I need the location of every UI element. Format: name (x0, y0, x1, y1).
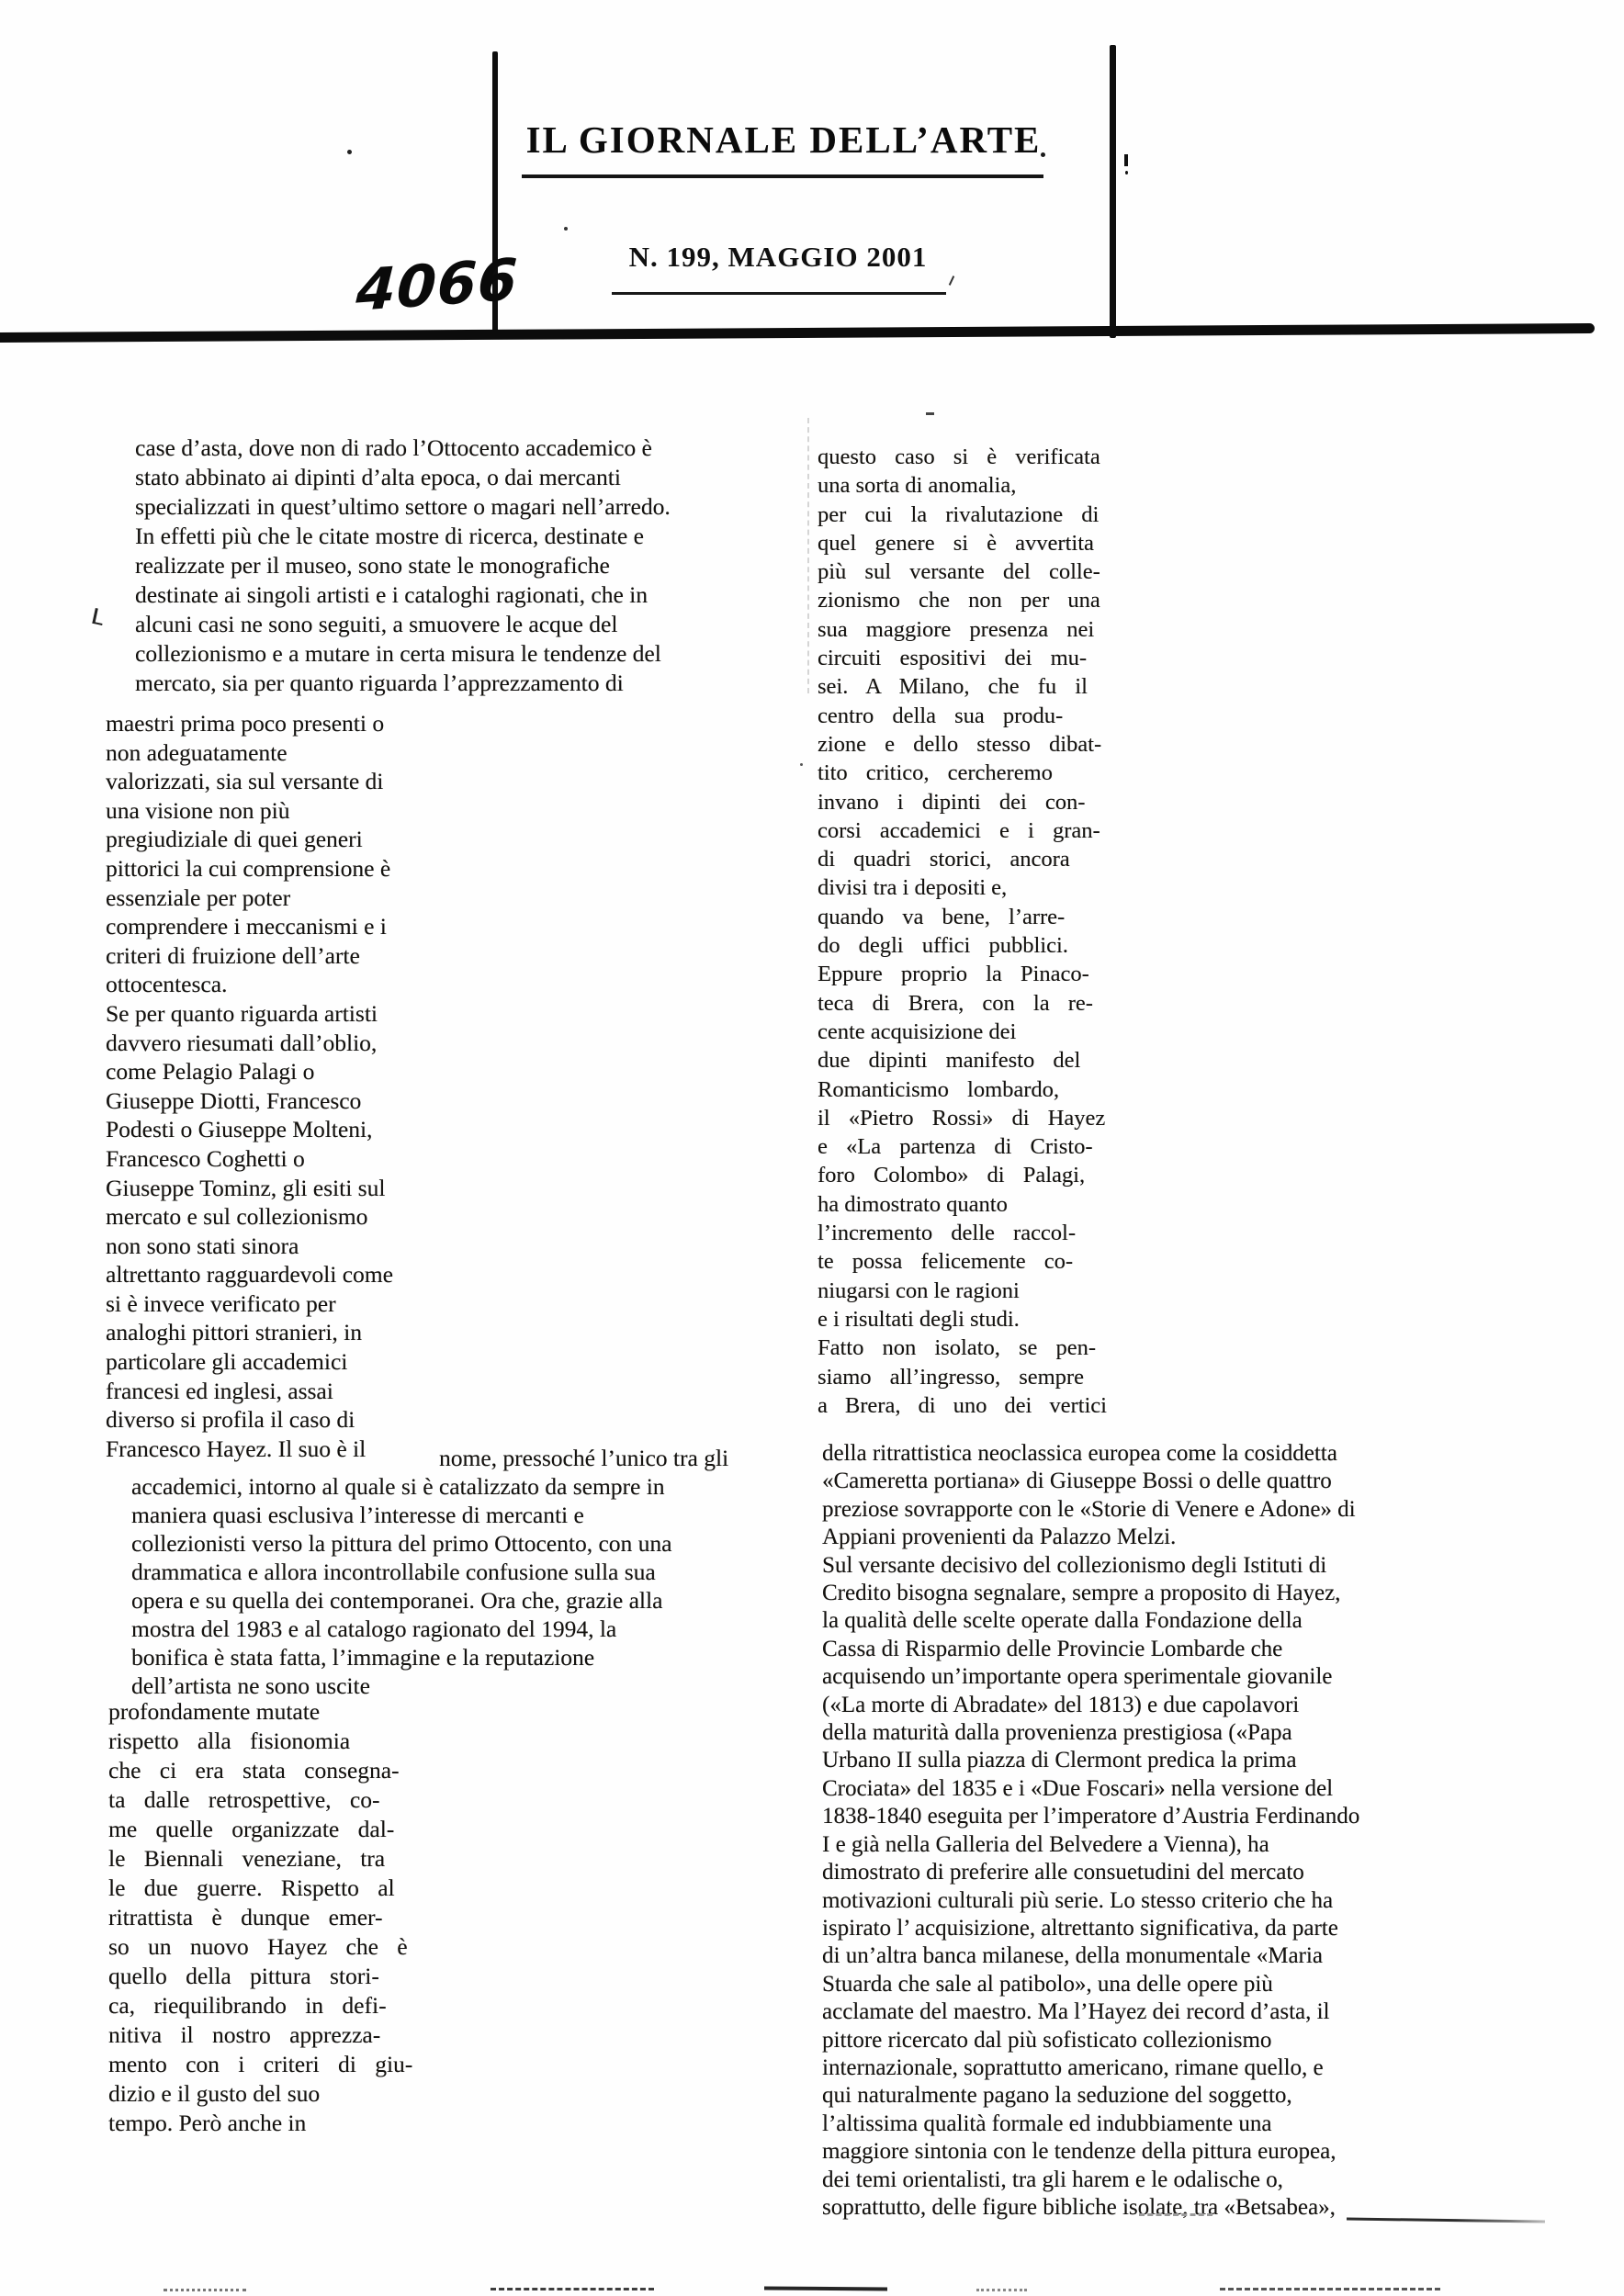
text-line: acquisendo un’importante opera speriment… (822, 1663, 1485, 1691)
scan-speck (347, 150, 352, 154)
text-line: dimostrato di preferire alle consuetudin… (822, 1859, 1485, 1886)
text-line: mostra del 1983 e al catalogo ragionato … (131, 1615, 802, 1643)
handwritten-page-number: 4066 (355, 245, 520, 324)
text-line: destinate ai singoli artisti e i catalog… (135, 580, 798, 610)
text-line: opera e su quella dei contemporanei. Ora… (131, 1586, 802, 1615)
text-line: bonifica è stata fatta, l’immagine e la … (131, 1643, 802, 1671)
text-line: foro Colombo» di Palagi, (818, 1161, 1107, 1189)
article-paragraph-right-lower: della ritrattistica neoclassica europea … (822, 1440, 1485, 2222)
scan-streak-line (1347, 2217, 1545, 2223)
text-line: profondamente mutate (108, 1697, 413, 1727)
text-line: mercato e sul collezionismo (106, 1202, 447, 1232)
text-line: Urbano II sulla piazza di Clermont predi… (822, 1747, 1485, 1774)
text-line: invano i dipinti dei con- (818, 788, 1107, 816)
text-line: zione e dello stesso dibat- (818, 730, 1107, 759)
text-line: ispirato l’ acquisizione, altrettanto si… (822, 1915, 1485, 1942)
text-line: di un’altra banca milanese, della monume… (822, 1942, 1485, 1970)
masthead-right-rule (1110, 45, 1116, 338)
text-line: In effetti più che le citate mostre di r… (135, 522, 798, 551)
text-line: particolare gli accademici (106, 1347, 447, 1377)
text-line: criteri di fruizione dell’arte (106, 941, 447, 971)
text-line: accademici, intorno al quale si è catali… (131, 1472, 802, 1501)
text-line: a Brera, di uno dei vertici (818, 1391, 1107, 1420)
text-line: realizzate per il museo, sono state le m… (135, 551, 798, 580)
text-line: ottocentesca. (106, 970, 447, 999)
newspaper-masthead-title: IL GIORNALE DELL’ARTE (514, 118, 1053, 165)
text-line: Fatto non isolato, se pen- (818, 1334, 1107, 1362)
masthead-title-underline (522, 174, 1043, 178)
text-line: l’altissima qualità formale ed indubbiam… (822, 2110, 1485, 2138)
text-line: Appiani provenienti da Palazzo Melzi. (822, 1524, 1485, 1551)
exclamation-mark-artifact (1124, 154, 1128, 166)
issue-date-line: N. 199, MAGGIO 2001 (581, 241, 976, 277)
text-line: case d’asta, dove non di rado l’Ottocent… (135, 433, 798, 463)
text-line: so un nuovo Hayez che è (108, 1932, 413, 1962)
text-line: siamo all’ingresso, sempre (818, 1363, 1107, 1391)
text-line: ha dimostrato quanto (818, 1190, 1107, 1219)
text-line: quel genere si è avvertita (818, 529, 1107, 557)
text-line: non sono stati sinora (106, 1232, 447, 1261)
bottom-edge-dashes (491, 2288, 654, 2290)
article-paragraph-top: case d’asta, dove non di rado l’Ottocent… (135, 433, 798, 698)
text-line: pittore ricercato dal più sofisticato co… (822, 2027, 1485, 2054)
text-line: corsi accademici e i gran- (818, 816, 1107, 845)
text-line: due dipinti manifesto del (818, 1046, 1107, 1075)
text-line: te possa felicemente co- (818, 1247, 1107, 1276)
text-line: ca, riequilibrando in defi- (108, 1991, 413, 2020)
text-line: Sul versante decisivo del collezionismo … (822, 1552, 1485, 1580)
text-line: Crociata» del 1835 e i «Due Foscari» nel… (822, 1775, 1485, 1803)
text-line: come Pelagio Palagi o (106, 1057, 447, 1086)
text-line: l’incremento delle raccol- (818, 1219, 1107, 1247)
scan-smudge-line (1139, 2213, 1212, 2216)
article-column-left-upper: maestri prima poco presenti onon adeguat… (106, 709, 447, 1463)
text-line: una sorta di anomalia, (818, 471, 1107, 500)
text-line: più sul versante del colle- (818, 557, 1107, 586)
text-line: analoghi pittori stranieri, in (106, 1318, 447, 1347)
text-line: mento con i criteri di giu- (108, 2050, 413, 2079)
text-line: una visione non più (106, 796, 447, 826)
bottom-edge-dashes (1220, 2288, 1440, 2290)
text-line: non adeguatamente (106, 738, 447, 768)
text-line: preziose sovrapporte con le «Storie di V… (822, 1496, 1485, 1524)
text-line: tito critico, cercheremo (818, 759, 1107, 787)
text-line: di quadri storici, ancora (818, 845, 1107, 873)
text-line: dell’artista ne sono uscite (131, 1671, 802, 1700)
text-line: nitiva il nostro apprezza- (108, 2020, 413, 2050)
text-line: Podesti o Giuseppe Molteni, (106, 1115, 447, 1144)
scan-speck (800, 763, 803, 766)
text-line: cente acquisizione dei (818, 1018, 1107, 1046)
issue-underline (612, 292, 946, 295)
text-line: collezionisti verso la pittura del primo… (131, 1529, 802, 1558)
text-line: della ritrattistica neoclassica europea … (822, 1440, 1485, 1468)
text-line: che ci era stata consegna- (108, 1756, 413, 1785)
text-line: sua maggiore presenza nei (818, 615, 1107, 644)
text-line: per cui la rivalutazione di (818, 501, 1107, 529)
text-line: questo caso si è verificata (818, 443, 1107, 471)
text-line: diverso si profila il caso di (106, 1405, 447, 1435)
text-line: circuiti espositivi dei mu- (818, 644, 1107, 672)
text-line: niugarsi con le ragioni (818, 1277, 1107, 1305)
text-line: Romanticismo lombardo, (818, 1075, 1107, 1104)
text-line: centro della sua produ- (818, 702, 1107, 730)
text-line: comprendere i meccanismi e i (106, 912, 447, 941)
text-line: («La morte di Abradate» del 1813) e due … (822, 1692, 1485, 1719)
text-line: zionismo che non per una (818, 586, 1107, 614)
text-line: Giuseppe Diotti, Francesco (106, 1086, 447, 1116)
text-line: drammatica e allora incontrollabile conf… (131, 1558, 802, 1586)
scan-speck (564, 227, 568, 231)
text-line: collezionismo e a mutare in certa misura… (135, 639, 798, 669)
bottom-edge-dots (976, 2289, 1027, 2291)
bottom-edge-dots (164, 2289, 246, 2291)
text-line: essenziale per poter (106, 884, 447, 913)
text-line: Cassa di Risparmio delle Provincie Lomba… (822, 1636, 1485, 1663)
fold-line-artifact (807, 418, 809, 693)
text-line: rispetto alla fisionomia (108, 1727, 413, 1756)
exclamation-dot-artifact (1125, 171, 1128, 174)
text-line: davvero riesumati dall’oblio, (106, 1029, 447, 1058)
text-line: ritrattista è dunque emer- (108, 1903, 413, 1932)
text-line: e «La partenza di Cristo- (818, 1132, 1107, 1161)
text-line: stato abbinato ai dipinti d’alta epoca, … (135, 463, 798, 492)
article-paragraph-middle: nome, pressoché l’unico tra gliaccademic… (131, 1444, 802, 1700)
masthead-trailing-dot (1041, 152, 1045, 157)
text-line: Eppure proprio la Pinaco- (818, 960, 1107, 988)
text-line: ta dalle retrospettive, co- (108, 1785, 413, 1815)
text-line: «Cameretta portiana» di Giuseppe Bossi o… (822, 1468, 1485, 1495)
text-line: le Biennali veneziane, tra (108, 1844, 413, 1874)
text-line: quello della pittura stori- (108, 1962, 413, 1991)
text-line: alcuni casi ne sono seguiti, a smuovere … (135, 610, 798, 639)
text-line: pregiudiziale di quei generi (106, 825, 447, 854)
text-line: le due guerre. Rispetto al (108, 1874, 413, 1903)
article-column-left-lower: profondamente mutaterispetto alla fision… (108, 1697, 413, 2138)
text-line: acclamate del maestro. Ma l’Hayez dei re… (822, 1998, 1485, 2026)
text-line: dizio e il gusto del suo (108, 2079, 413, 2109)
text-line: la qualità delle scelte operate dalla Fo… (822, 1607, 1485, 1635)
text-line: altrettanto ragguardevoli come (106, 1260, 447, 1289)
text-line: mercato, sia per quanto riguarda l’appre… (135, 669, 798, 698)
text-line: della maturità dalla provenienza prestig… (822, 1719, 1485, 1747)
text-line: tempo. Però anche in (108, 2109, 413, 2138)
text-line: I e già nella Galleria del Belvedere a V… (822, 1831, 1485, 1859)
text-line: maniera quasi esclusiva l’interesse di m… (131, 1501, 802, 1529)
text-line: Credito bisogna segnalare, sempre a prop… (822, 1580, 1485, 1607)
text-line: sei. A Milano, che fu il (818, 672, 1107, 701)
text-line: maggiore sintonia con le tendenze della … (822, 2138, 1485, 2166)
text-line: 1838-1840 eseguita per l’imperatore d’Au… (822, 1803, 1485, 1830)
text-line: francesi ed inglesi, assai (106, 1377, 447, 1406)
text-line: qui naturalmente pagano la seduzione del… (822, 2082, 1485, 2110)
text-line: Stuarda che sale al patibolo», una delle… (822, 1971, 1485, 1998)
text-line: valorizzati, sia sul versante di (106, 767, 447, 796)
text-line: Giuseppe Tominz, gli esiti sul (106, 1174, 447, 1203)
text-line: specializzati in quest’ultimo settore o … (135, 492, 798, 522)
text-line: il «Pietro Rossi» di Hayez (818, 1104, 1107, 1132)
scan-dash-mark (926, 412, 934, 415)
text-line: me quelle organizzate dal- (108, 1815, 413, 1844)
header-thick-divider (0, 323, 1595, 343)
text-line: e i risultati degli studi. (818, 1305, 1107, 1334)
text-line: internazionale, soprattutto americano, r… (822, 2054, 1485, 2082)
text-line: motivazioni culturali più serie. Lo stes… (822, 1887, 1485, 1915)
text-line: do degli uffici pubblici. (818, 931, 1107, 960)
bottom-edge-solid (764, 2287, 887, 2291)
margin-tick-mark (92, 608, 105, 625)
text-line: divisi tra i depositi e, (818, 873, 1107, 902)
text-line: quando va bene, l’arre- (818, 903, 1107, 931)
text-line: maestri prima poco presenti o (106, 709, 447, 738)
text-line: teca di Brera, con la re- (818, 989, 1107, 1018)
text-line: Francesco Coghetti o (106, 1144, 447, 1174)
text-line: dei temi orientalisti, tra gli harem e l… (822, 2167, 1485, 2194)
text-line: Se per quanto riguarda artisti (106, 999, 447, 1029)
text-line: si è invece verificato per (106, 1289, 447, 1319)
text-line: nome, pressoché l’unico tra gli (131, 1444, 802, 1472)
article-column-right-upper: questo caso si è verificatauna sorta di … (818, 443, 1107, 1420)
text-line: pittorici la cui comprensione è (106, 854, 447, 884)
